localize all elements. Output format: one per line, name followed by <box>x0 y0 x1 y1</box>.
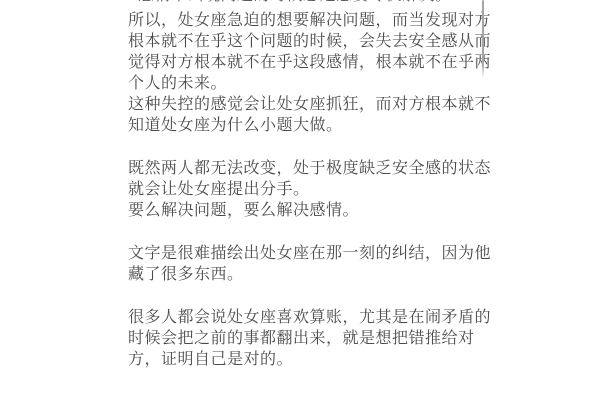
text-line: 个人的未来。 <box>128 73 484 94</box>
article-page: 感情中出现问题的时候总是想要尽快解决。 所以，处女座急迫的想要解决问题，而当发现… <box>0 0 600 400</box>
text-line: 藏了很多东西。 <box>128 264 484 285</box>
text-line: 根本就不在乎这个问题的时候，会失去安全感从而 <box>128 31 484 52</box>
text-line: 既然两人都无法改变，处于极度缺乏安全感的状态 <box>128 158 484 179</box>
paragraph-list: 所以，处女座急迫的想要解决问题，而当发现对方根本就不在乎这个问题的时候，会失去安… <box>128 10 484 370</box>
scrollbar-thumb[interactable] <box>482 0 484 78</box>
text-line: 方，证明自己是对的。 <box>128 349 484 370</box>
text-line: 所以，处女座急迫的想要解决问题，而当发现对方 <box>128 10 484 31</box>
text-line: 这种失控的感觉会让处女座抓狂，而对方根本就不 <box>128 94 484 115</box>
text-line: 就会让处女座提出分手。 <box>128 179 484 200</box>
text-line: 时候会把之前的事都翻出来，就是想把错推给对 <box>128 328 484 349</box>
text-line: 很多人都会说处女座喜欢算账，尤其是在闹矛盾的 <box>128 307 484 328</box>
clipped-text-line: 感情中出现问题的时候总是想要尽快解决。 <box>138 0 452 6</box>
paragraph: 所以，处女座急迫的想要解决问题，而当发现对方根本就不在乎这个问题的时候，会失去安… <box>128 10 484 136</box>
paragraph: 文字是很难描绘出处女座在那一刻的纠结，因为他藏了很多东西。 <box>128 243 484 285</box>
article-body: 感情中出现问题的时候总是想要尽快解决。 所以，处女座急迫的想要解决问题，而当发现… <box>128 0 484 370</box>
text-line: 觉得对方根本就不在乎这段感情，根本就不在乎两 <box>128 52 484 73</box>
text-line: 文字是很难描绘出处女座在那一刻的纠结，因为他 <box>128 243 484 264</box>
paragraph: 既然两人都无法改变，处于极度缺乏安全感的状态就会让处女座提出分手。要么解决问题，… <box>128 158 484 221</box>
text-line: 知道处女座为什么小题大做。 <box>128 115 484 136</box>
text-line: 要么解决问题，要么解决感情。 <box>128 200 484 221</box>
paragraph: 很多人都会说处女座喜欢算账，尤其是在闹矛盾的时候会把之前的事都翻出来，就是想把错… <box>128 307 484 370</box>
